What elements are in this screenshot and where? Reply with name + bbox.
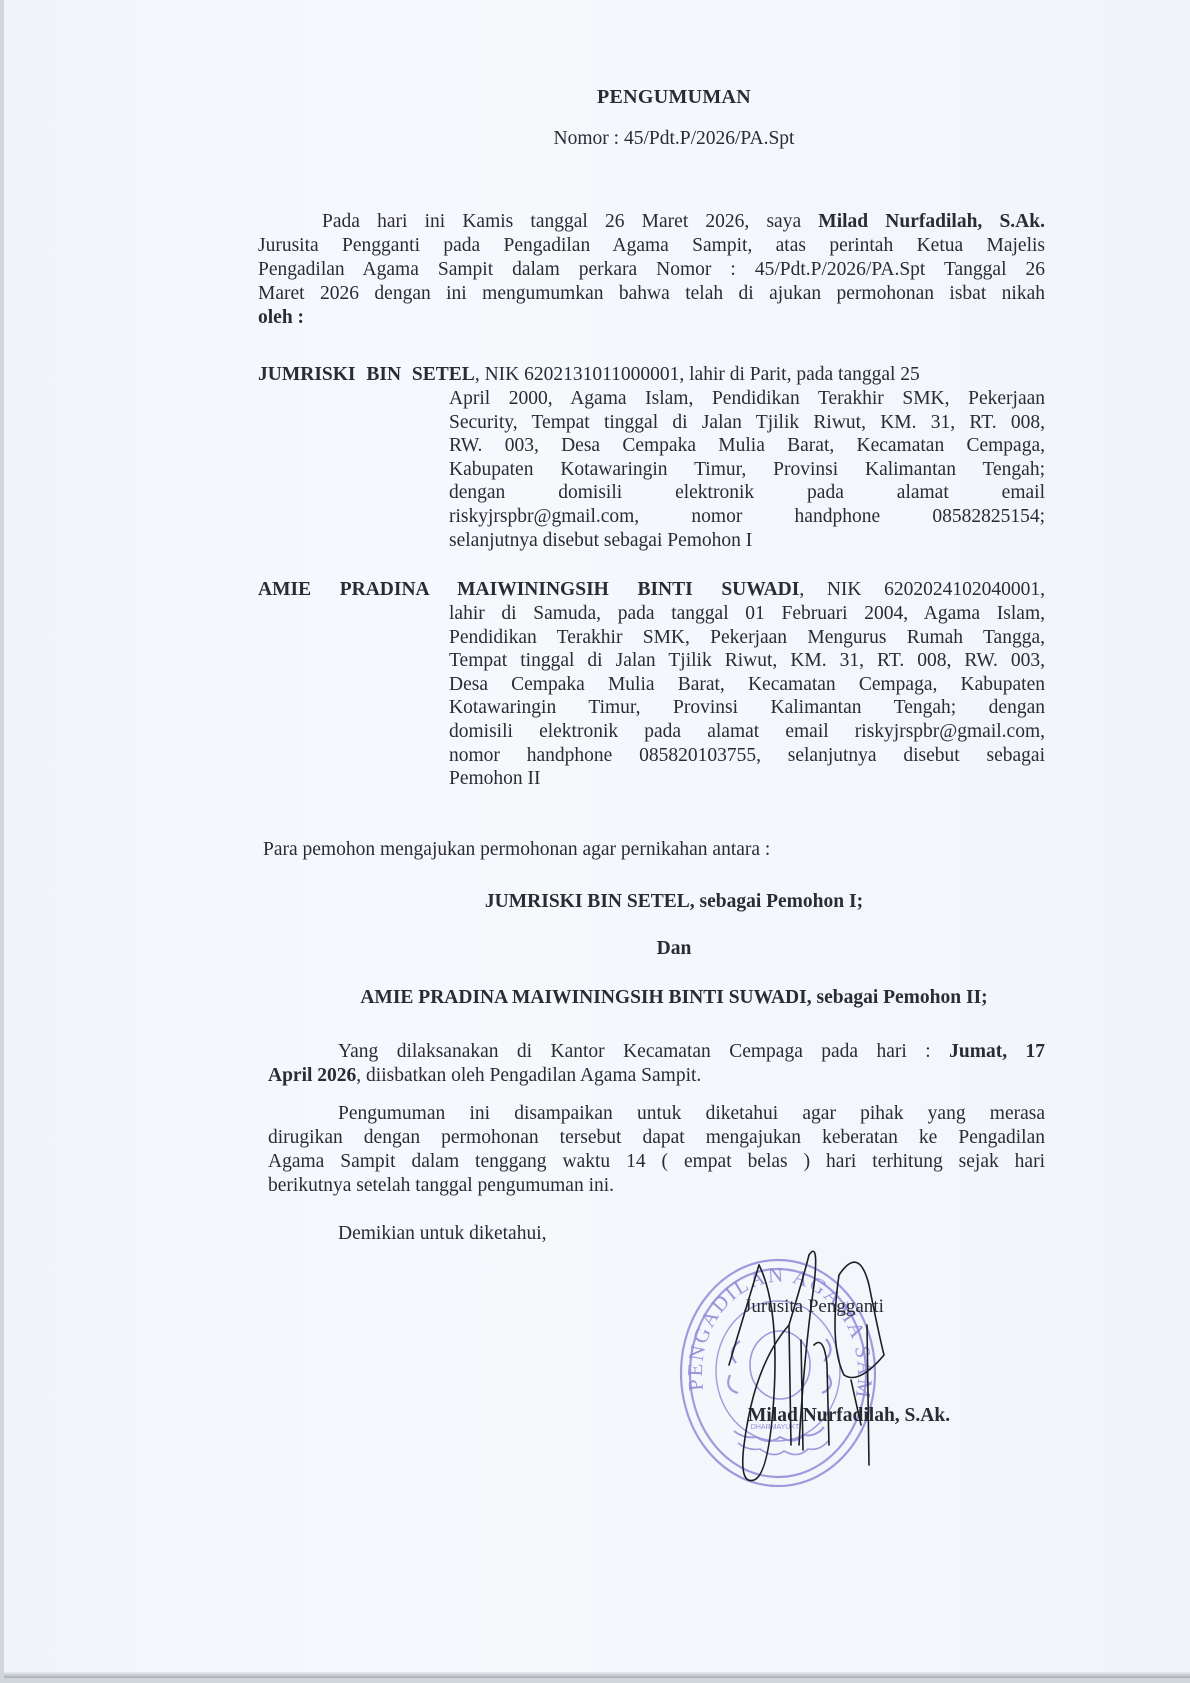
intro-line: Maret 2026 dengan ini mengumumkan bahwa … (258, 282, 1045, 306)
applicant-2-first-line: AMIE PRADINA MAIWININGSIH BINTI SUWADI, … (258, 578, 1045, 602)
conjunction-line: Dan (4, 938, 1190, 960)
applicant-1-name: JUMRISKI BIN SETEL (258, 364, 475, 385)
applicants-request-text: Para pemohon mengajukan permohonan agar … (263, 838, 770, 862)
detail-line: Kabupaten Kotawaringin Timur, Provinsi K… (449, 458, 1045, 482)
detail-line: Pemohon II (449, 767, 541, 791)
detail-line: Security, Tempat tinggal di Jalan Tjilik… (449, 411, 1045, 435)
document-title: PENGUMUMAN (4, 86, 1190, 109)
detail-line: RW. 003, Desa Cempaka Mulia Barat, Kecam… (449, 434, 1045, 458)
intro-line: Jurusita Pengganti pada Pengadilan Agama… (258, 234, 1045, 258)
execution-line: April 2026, diisbatkan oleh Pengadilan A… (268, 1064, 701, 1088)
detail-line: Kotawaringin Timur, Provinsi Kalimantan … (449, 696, 1045, 720)
detail-line: dengan domisili elektronik pada alamat e… (449, 481, 1045, 505)
execution-date: Jumat, 17 (949, 1041, 1045, 1062)
party-1-line: JUMRISKI BIN SETEL, sebagai Pemohon I; (4, 891, 1190, 913)
intro-line: oleh : (258, 306, 304, 330)
notice-line: Pengumuman ini disampaikan untuk diketah… (338, 1102, 1045, 1126)
detail-line: selanjutnya disebut sebagai Pemohon I (449, 529, 752, 553)
detail-line: riskyjrspbr@gmail.com, nomor handphone 0… (449, 505, 1045, 529)
notice-line: dirugikan dengan permohonan tersebut dap… (268, 1126, 1045, 1150)
detail-line: Desa Cempaka Mulia Barat, Kecamatan Cemp… (449, 673, 1045, 697)
applicant-2-name: AMIE PRADINA MAIWININGSIH BINTI SUWADI (258, 579, 799, 600)
detail-line: Pendidikan Terakhir SMK, Pekerjaan Mengu… (449, 626, 1045, 650)
bailiff-name: Milad Nurfadilah, S.Ak. (818, 211, 1045, 232)
applicant-1-first-line: JUMRISKI BIN SETEL, NIK 6202131011000001… (258, 363, 1045, 387)
notice-line: Agama Sampit dalam tenggang waktu 14 ( e… (268, 1150, 1045, 1174)
detail-line: lahir di Samuda, pada tanggal 01 Februar… (449, 602, 1045, 626)
intro-line: Pengadilan Agama Sampit dalam perkara No… (258, 258, 1045, 282)
document-page: PENGUMUMAN Nomor : 45/Pdt.P/2026/PA.Spt … (4, 0, 1190, 1678)
detail-line: Tempat tinggal di Jalan Tjilik Riwut, KM… (449, 649, 1045, 673)
notice-line: berikutnya setelah tanggal pengumuman in… (268, 1174, 614, 1198)
execution-line: Yang dilaksanakan di Kantor Kecamatan Ce… (338, 1040, 1045, 1064)
detail-line: April 2000, Agama Islam, Pendidikan Tera… (449, 387, 1045, 411)
party-2-line: AMIE PRADINA MAIWININGSIH BINTI SUWADI, … (4, 987, 1190, 1009)
document-number: Nomor : 45/Pdt.P/2026/PA.Spt (4, 128, 1190, 150)
intro-line: Pada hari ini Kamis tanggal 26 Maret 202… (322, 210, 1045, 234)
signature-icon (719, 1245, 909, 1485)
detail-line: domisili elektronik pada alamat email ri… (449, 720, 1045, 744)
closing-text: Demikian untuk diketahui, (338, 1222, 547, 1246)
detail-line: nomor handphone 085820103755, selanjutny… (449, 744, 1045, 768)
